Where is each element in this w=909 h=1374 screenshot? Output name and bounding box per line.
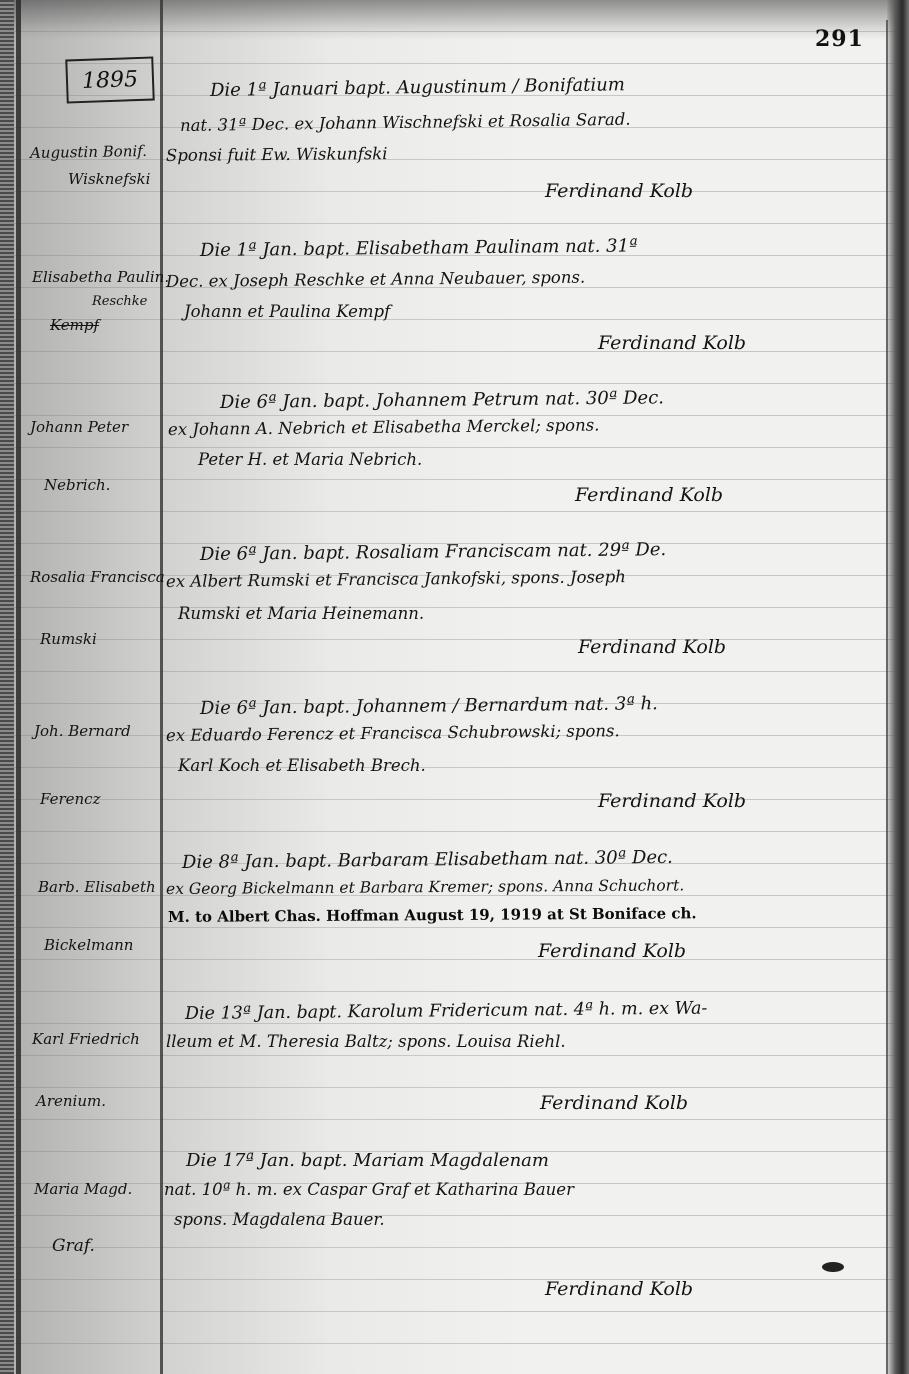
margin-name: Rumski [40,630,97,648]
entry-line: ex Georg Bickelmann et Barbara Kremer; s… [166,876,684,898]
entry-line: nat. 31ª Dec. ex Johann Wischnefski et R… [180,110,631,135]
entry-line: Johann et Paulina Kempf [184,302,390,321]
margin-ruling-line [160,0,163,1374]
entry-line: ex Johann A. Nebrich et Elisabetha Merck… [168,415,600,439]
year-box: 1895 [65,56,154,103]
entry-line: Karl Koch et Elisabeth Brech. [178,756,426,775]
ink-blot [822,1262,844,1272]
entry-line: Die 6ª Jan. bapt. Johannem / Bernardum n… [200,693,658,719]
margin-name: Elisabetha Paulin. [32,268,169,286]
entry-line: Die 8ª Jan. bapt. Barbaram Elisabetham n… [182,847,673,873]
margin-name: Johann Peter [30,418,128,436]
officiant-signature: Ferdinand Kolb [540,1092,688,1114]
left-ruling-line [16,0,21,1374]
register-page: 291 1895 Augustin Bonif. Wisknefski Die … [0,0,909,1374]
page-number: 291 [815,26,864,52]
entry-line: Die 6ª Jan. bapt. Johannem Petrum nat. 3… [220,387,664,413]
margin-name: Rosalia Francisca [30,568,165,586]
entry-line: Peter H. et Maria Nebrich. [198,450,422,469]
margin-name: Kempf [50,316,99,334]
entry-line: Die 17ª Jan. bapt. Mariam Magdalenam [186,1150,549,1171]
officiant-signature: Ferdinand Kolb [598,790,746,812]
entry-line: Die 1ª Jan. bapt. Elisabetham Paulinam n… [200,235,638,261]
entry-line: Die 13ª Jan. bapt. Karolum Fridericum na… [185,999,708,1024]
officiant-signature: Ferdinand Kolb [545,1278,693,1300]
marriage-annotation: M. to Albert Chas. Hoffman August 19, 19… [168,904,697,926]
entry-line: nat. 10ª h. m. ex Caspar Graf et Kathari… [164,1180,574,1199]
margin-name: Wisknefski [68,170,150,188]
entry-line: Dec. ex Joseph Reschke et Anna Neubauer,… [166,268,585,291]
officiant-signature: Ferdinand Kolb [538,940,686,962]
margin-name: Maria Magd. [34,1180,132,1198]
officiant-signature: Ferdinand Kolb [575,484,723,506]
year-label: 1895 [82,67,139,94]
margin-name: Graf. [52,1236,95,1256]
margin-name-correction: Reschke [92,294,147,309]
margin-name: Arenium. [36,1092,106,1110]
entry-line: Die 1ª Januari bapt. Augustinum / Bonifa… [210,74,625,101]
entry-line: ex Eduardo Ferencz et Francisca Schubrow… [166,721,620,745]
entry-line: Rumski et Maria Heinemann. [178,604,424,623]
scan-top-shadow [0,0,909,40]
officiant-signature: Ferdinand Kolb [545,180,693,202]
margin-name: Karl Friedrich [32,1030,140,1048]
entry-line: Sponsi fuit Ew. Wiskunfski [166,144,388,165]
entry-line: Die 6ª Jan. bapt. Rosaliam Franciscam na… [200,539,666,565]
binding-edge [0,0,14,1374]
margin-name: Nebrich. [44,476,110,494]
margin-name: Bickelmann [44,936,133,954]
entry-line: ex Albert Rumski et Francisca Jankofski,… [166,567,626,591]
margin-name: Joh. Bernard [34,722,131,740]
margin-name: Augustin Bonif. [30,142,147,162]
entry-line: lleum et M. Theresia Baltz; spons. Louis… [166,1032,566,1051]
margin-name: Barb. Elisabeth [38,878,156,896]
entry-line: spons. Magdalena Bauer. [174,1210,385,1229]
officiant-signature: Ferdinand Kolb [598,332,746,354]
margin-name: Ferencz [40,790,100,808]
page-right-edge [887,0,909,1374]
officiant-signature: Ferdinand Kolb [578,636,726,658]
